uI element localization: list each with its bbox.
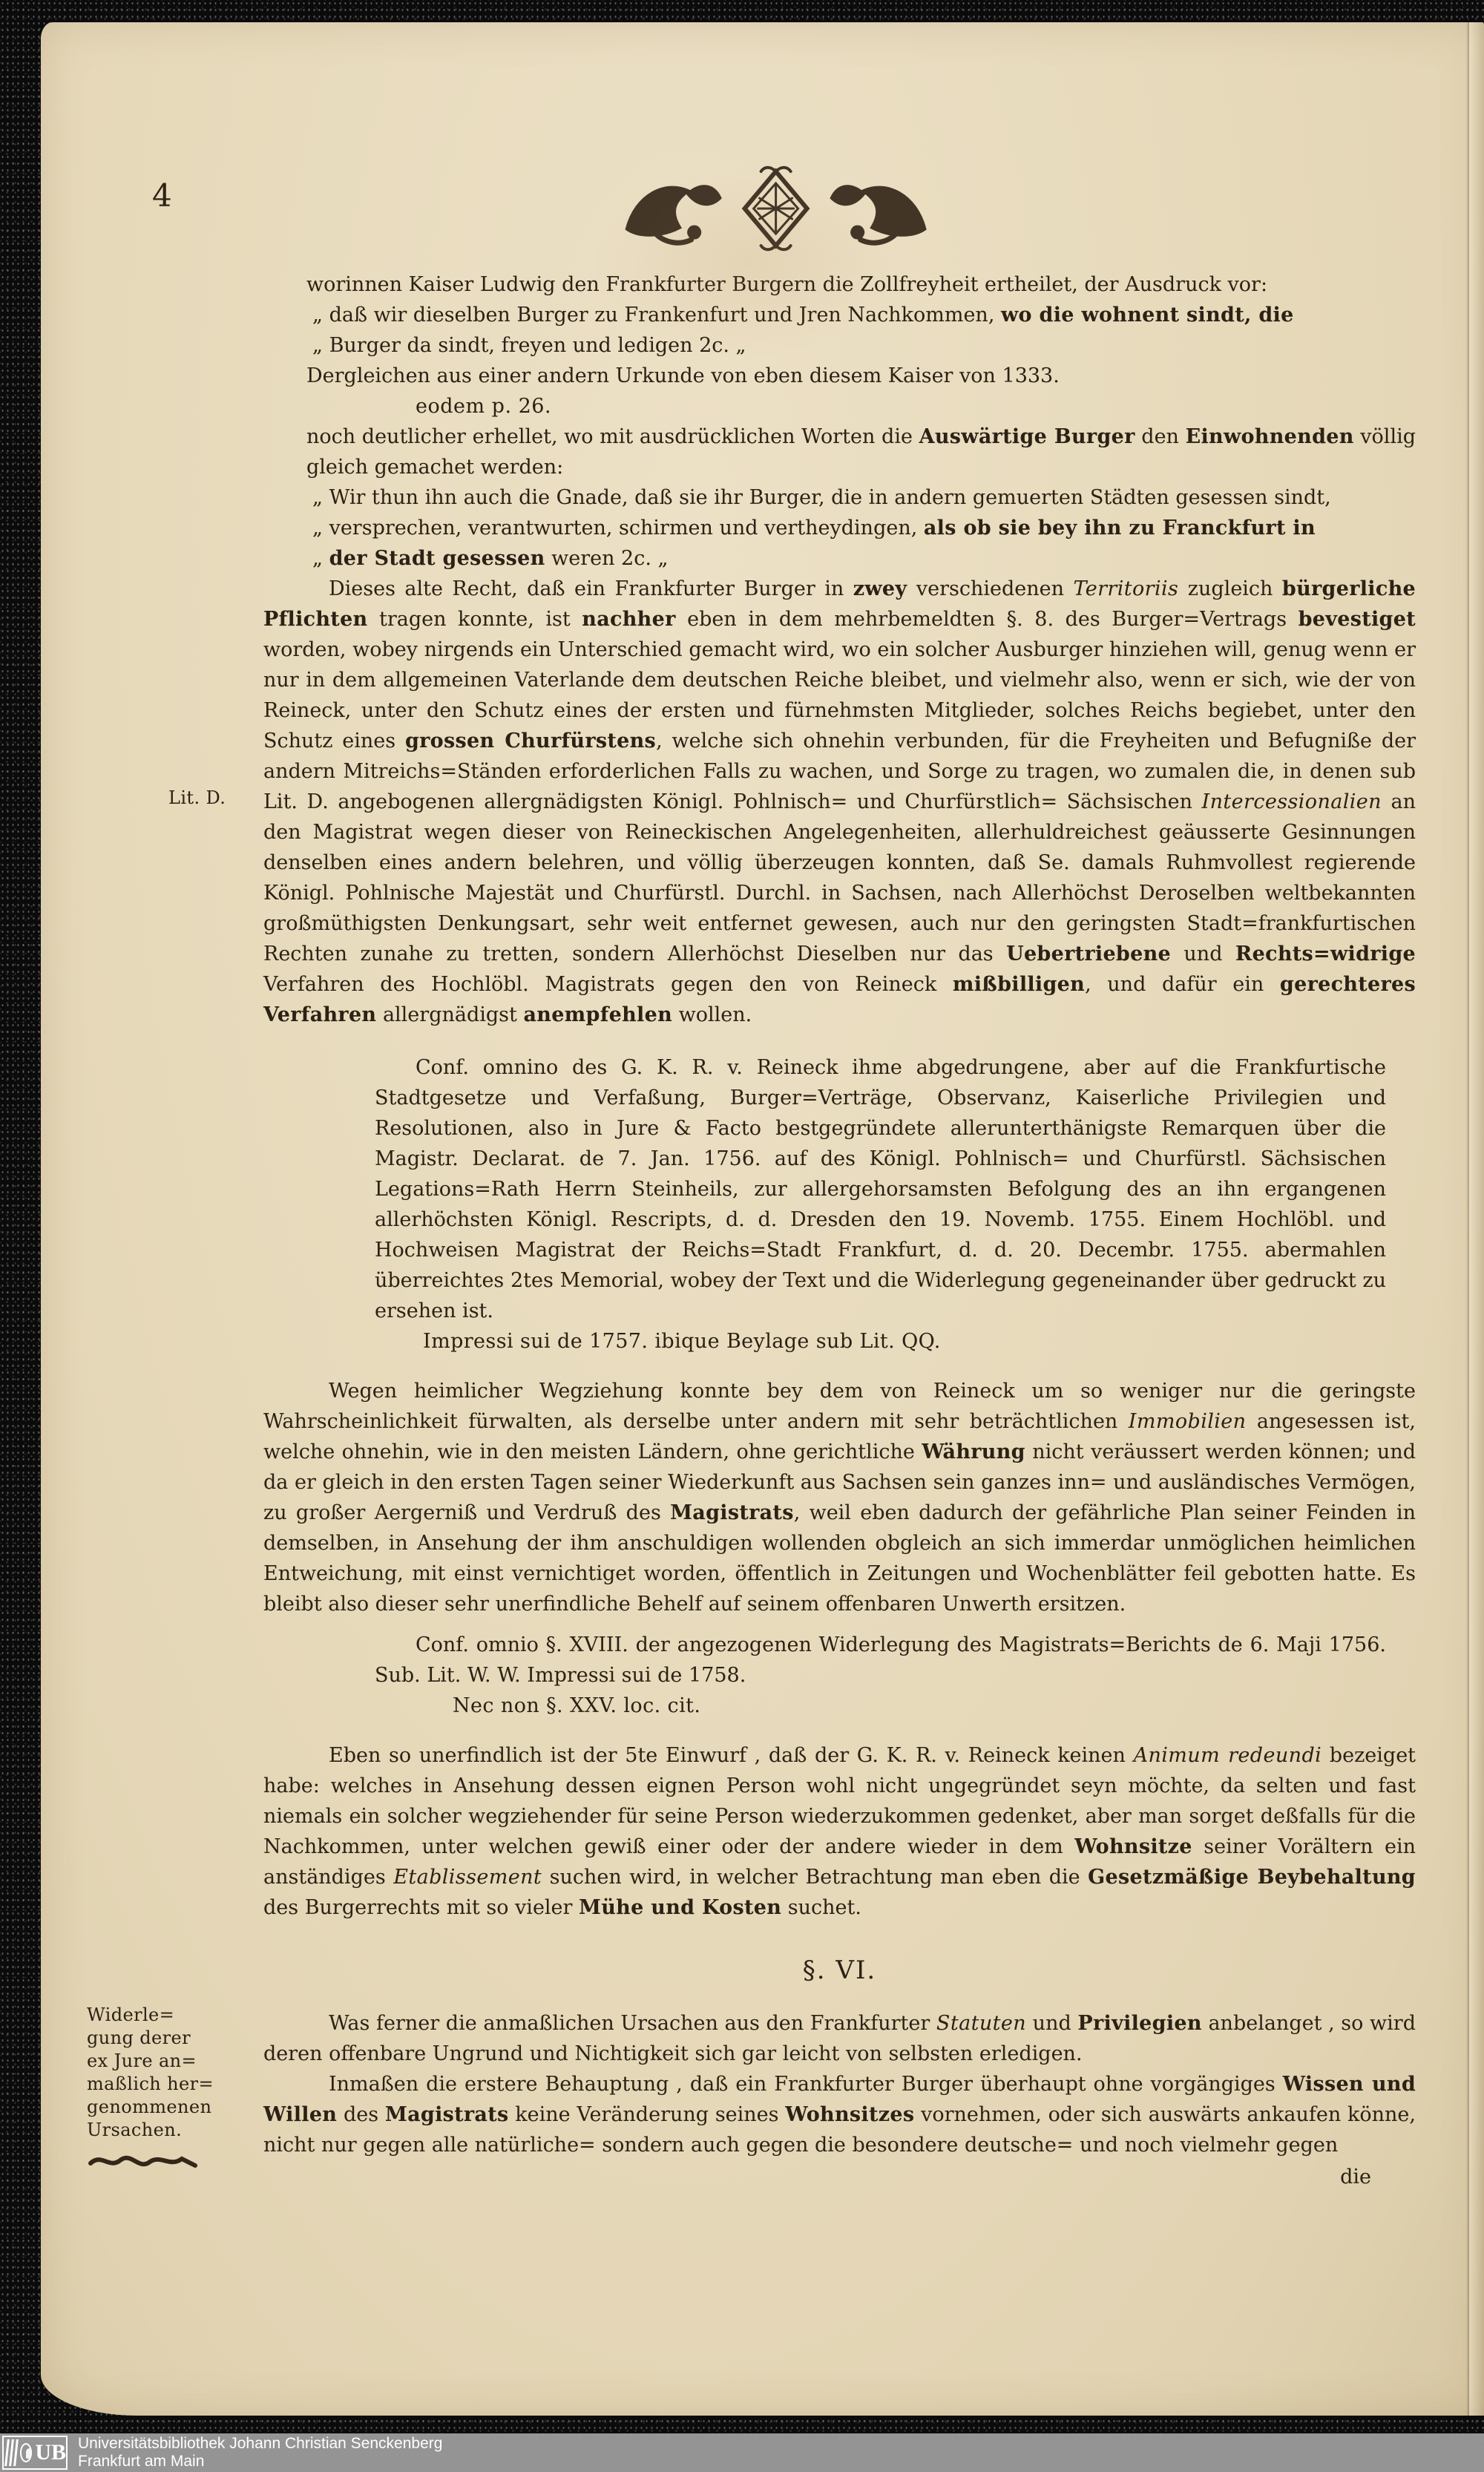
margin-note-line: gung derer (87, 2027, 224, 2050)
citation-line: eodem p. 26. (416, 391, 1416, 422)
page-text: worinnen Kaiser Ludwig den Frankfurter B… (263, 269, 1416, 2192)
quote-line: „ Burger da sindt, freyen und ledigen 2c… (312, 330, 1416, 361)
library-name-line1: Universitätsbibliothek Johann Christian … (78, 2435, 442, 2453)
paragraph: Was ferner die anmaßlichen Ursachen aus … (263, 2008, 1416, 2069)
quote-line: „ Wir thun ihn auch die Gnade, daß sie i… (312, 482, 1416, 513)
quote-line: „ versprechen, verantwurten, schirmen un… (312, 513, 1416, 543)
ub-logo-text: UB (35, 2440, 66, 2465)
citation-block: Conf. omnio §. XVIII. der angezogenen Wi… (375, 1630, 1386, 1691)
citation-line: Impressi sui de 1757. ibique Beylage sub… (423, 1326, 1416, 1357)
catchword: die (263, 2162, 1416, 2192)
page-number: 4 (152, 177, 173, 214)
quote-line: „ daß wir dieselben Burger zu Frankenfur… (312, 300, 1416, 330)
margin-note-line: Widerle= (87, 2004, 224, 2027)
page-header: 4 (41, 165, 1484, 263)
paragraph: Eben so unerfindlich ist der 5te Einwurf… (263, 1740, 1416, 1923)
paragraph-continuation: worinnen Kaiser Ludwig den Frankfurter B… (306, 269, 1416, 300)
printer-ornament-icon (612, 165, 939, 255)
portrait-icon (20, 2443, 32, 2462)
paragraph: Wegen heimlicher Wegziehung konnte bey d… (263, 1376, 1416, 1619)
quote-line: „ der Stadt gesessen weren 2c. „ (312, 543, 1416, 574)
paragraph: noch deutlicher erhellet, wo mit ausdrüc… (306, 422, 1416, 482)
section-heading: §. VI. (263, 1955, 1416, 1986)
book-spines-icon (6, 2439, 17, 2466)
margin-note-line: maßlich her= (87, 2073, 224, 2096)
ub-library-logo-icon: UB (2, 2436, 68, 2470)
library-watermark-bar: UB Universitätsbibliothek Johann Christi… (0, 2433, 1484, 2472)
page-edge-line (1466, 22, 1469, 2416)
page-under-leaf (1469, 22, 1484, 2416)
margin-note-lit-d: Lit. D. (168, 787, 257, 810)
citation-block: Conf. omnino des G. K. R. v. Reineck ihm… (375, 1052, 1386, 1326)
margin-note-widerlegung: Widerle= gung derer ex Jure an= maßlich … (87, 2004, 224, 2177)
margin-note-line: genommenen (87, 2096, 224, 2119)
scan-background: { "colors":{"ink":"#2b2114","paper":"#e7… (0, 0, 1484, 2472)
margin-note-line: ex Jure an= (87, 2050, 224, 2073)
paragraph-with-margin-note: Lit. D. Dieses alte Recht, daß ein Frank… (263, 574, 1416, 1030)
library-name: Universitätsbibliothek Johann Christian … (78, 2435, 442, 2471)
margin-note-line: Ursachen. (87, 2119, 224, 2142)
library-name-line2: Frankfurt am Main (78, 2453, 442, 2471)
paragraph: Dergleichen aus einer andern Urkunde von… (306, 361, 1416, 391)
paragraph: Dieses alte Recht, daß ein Frankfurter B… (263, 574, 1416, 1030)
book-page: 4 worinnen Kaiser Ludwig den Frankfurter… (41, 22, 1484, 2416)
citation-line: Nec non §. XXV. loc. cit. (453, 1691, 1416, 1721)
paragraph: Inmaßen die erstere Behauptung , daß ein… (263, 2069, 1416, 2160)
flourish-icon (87, 2151, 198, 2171)
paragraph-with-margin-note: Widerle= gung derer ex Jure an= maßlich … (263, 2008, 1416, 2069)
